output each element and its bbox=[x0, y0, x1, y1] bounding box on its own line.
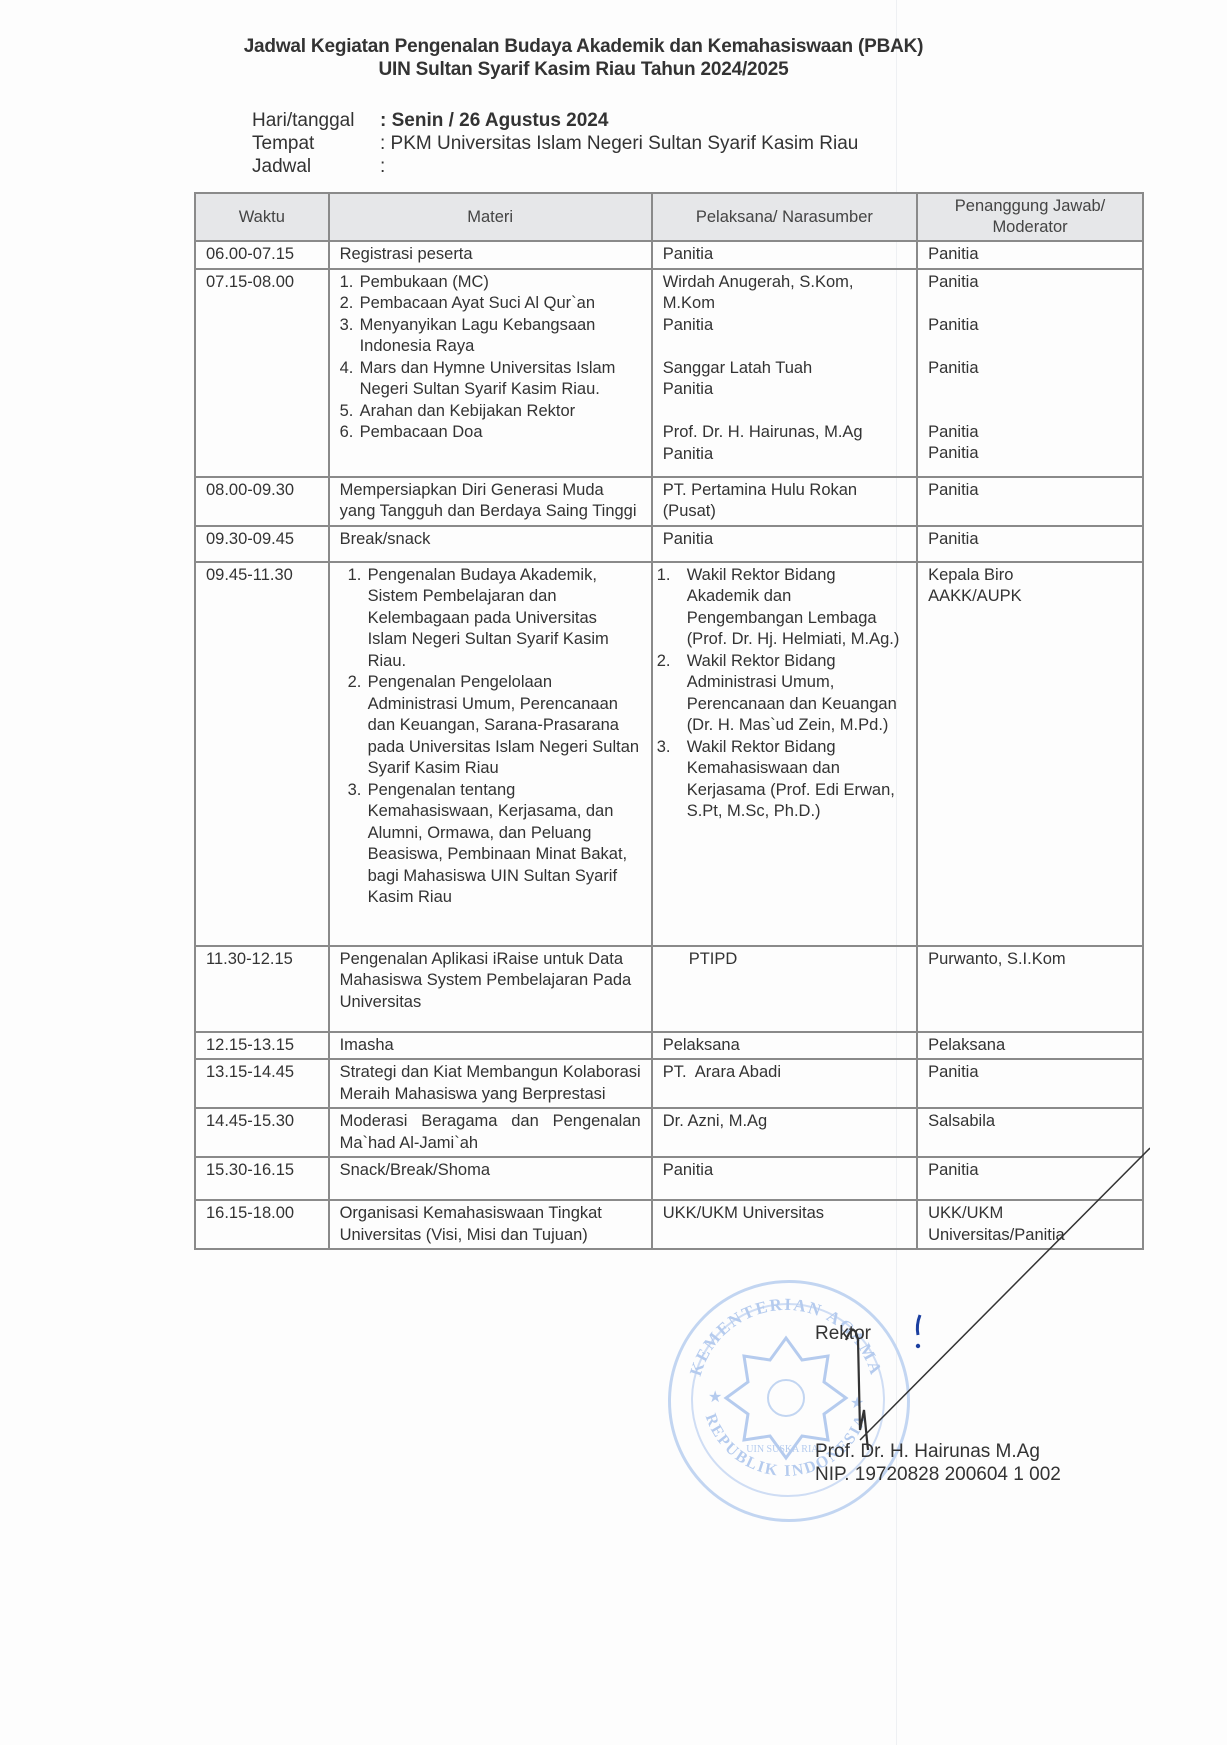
list-item: 3.Pengenalan tentang Kemahasiswaan, Kerj… bbox=[348, 780, 641, 909]
header-materi: Materi bbox=[329, 193, 652, 241]
document-title: Jadwal Kegiatan Pengenalan Budaya Akadem… bbox=[0, 36, 1197, 58]
cell-materi: 1.Pembukaan (MC) 2.Pembacaan Ayat Suci A… bbox=[329, 269, 652, 477]
opening-pj-6: Panitia bbox=[928, 443, 1132, 465]
header-waktu: Waktu bbox=[195, 193, 329, 241]
item-text: Pengenalan tentang Kemahasiswaan, Kerjas… bbox=[368, 780, 641, 909]
item-number: 2. bbox=[348, 672, 368, 780]
meta-place-value: : PKM Universitas Islam Negeri Sultan Sy… bbox=[380, 133, 858, 154]
item-number: 2. bbox=[657, 651, 687, 737]
item-number: 1. bbox=[348, 565, 368, 673]
cell-materi: Strategi dan Kiat Membangun Kolaborasi M… bbox=[329, 1059, 652, 1108]
signatory-nip: NIP. 19720828 200604 1 002 bbox=[815, 1464, 1061, 1486]
table-row: 13.15-14.45 Strategi dan Kiat Membangun … bbox=[195, 1059, 1143, 1108]
item-text: Menyanyikan Lagu Kebangsaan Indonesia Ra… bbox=[360, 315, 641, 358]
table-header-row: Waktu Materi Pelaksana/ Narasumber Penan… bbox=[195, 193, 1143, 241]
meta-date-label: Hari/tanggal bbox=[252, 110, 380, 132]
cell-pelaksana: Pelaksana bbox=[652, 1032, 917, 1060]
list-item: 1.Pembukaan (MC) bbox=[340, 272, 641, 294]
opening-pelaksana-4: Sanggar Latah Tuah bbox=[663, 358, 906, 380]
meta-schedule: Jadwal: bbox=[252, 156, 385, 178]
opening-pj-5: Panitia bbox=[928, 422, 1132, 444]
schedule-table: Waktu Materi Pelaksana/ Narasumber Penan… bbox=[194, 192, 1144, 1250]
list-item: 3.Wakil Rektor Bidang Kemahasiswaan dan … bbox=[657, 737, 906, 823]
opening-pj-3: Panitia bbox=[928, 315, 1132, 358]
cell-pelaksana: Panitia bbox=[652, 241, 917, 269]
list-item: 3.Menyanyikan Lagu Kebangsaan Indonesia … bbox=[340, 315, 641, 358]
meta-place: Tempat: PKM Universitas Islam Negeri Sul… bbox=[252, 133, 858, 155]
cell-pj: Panitia bbox=[917, 526, 1143, 562]
item-number: 1. bbox=[657, 565, 687, 651]
meta-place-label: Tempat bbox=[252, 133, 380, 155]
cell-waktu: 07.15-08.00 bbox=[195, 269, 329, 477]
table-row: 09.30-09.45 Break/snack Panitia Panitia bbox=[195, 526, 1143, 562]
cell-materi: 1.Pengenalan Budaya Akademik, Sistem Pem… bbox=[329, 562, 652, 946]
meta-schedule-value: : bbox=[380, 156, 385, 177]
cell-pj: Panitia Panitia Panitia Panitia Panitia bbox=[917, 269, 1143, 477]
cell-waktu: 11.30-12.15 bbox=[195, 946, 329, 1032]
item-number: 5. bbox=[340, 401, 360, 423]
cell-waktu: 15.30-16.15 bbox=[195, 1157, 329, 1200]
list-item: 2.Pengenalan Pengelolaan Administrasi Um… bbox=[348, 672, 641, 780]
cell-materi: Organisasi Kemahasiswaan Tingkat Univers… bbox=[329, 1200, 652, 1249]
item-number: 3. bbox=[348, 780, 368, 909]
cell-pelaksana: 1.Wakil Rektor Bidang Akademik dan Penge… bbox=[652, 562, 917, 946]
cell-pelaksana: PT. Arara Abadi bbox=[652, 1059, 917, 1108]
cell-waktu: 13.15-14.45 bbox=[195, 1059, 329, 1108]
item-text: Pembukaan (MC) bbox=[360, 272, 641, 294]
cell-pj: Purwanto, S.I.Kom bbox=[917, 946, 1143, 1032]
list-item: 2.Wakil Rektor Bidang Administrasi Umum,… bbox=[657, 651, 906, 737]
cell-waktu: 14.45-15.30 bbox=[195, 1108, 329, 1157]
table-row: 09.45-11.30 1.Pengenalan Budaya Akademik… bbox=[195, 562, 1143, 946]
cell-pj: Panitia bbox=[917, 241, 1143, 269]
header-penanggung-jawab: Penanggung Jawab/ Moderator bbox=[917, 193, 1143, 241]
cell-pelaksana: PTIPD bbox=[652, 946, 917, 1032]
item-text: Wakil Rektor Bidang Administrasi Umum, P… bbox=[687, 651, 906, 737]
document-subtitle: UIN Sultan Syarif Kasim Riau Tahun 2024/… bbox=[0, 59, 1197, 81]
item-text: Mars dan Hymne Universitas Islam Negeri … bbox=[360, 358, 641, 401]
item-text: Arahan dan Kebijakan Rektor bbox=[360, 401, 641, 423]
item-text: Wakil Rektor Bidang Kemahasiswaan dan Ke… bbox=[687, 737, 906, 823]
list-item: 1.Wakil Rektor Bidang Akademik dan Penge… bbox=[657, 565, 906, 651]
intro-pelaksana-list: 1.Wakil Rektor Bidang Akademik dan Penge… bbox=[657, 565, 906, 823]
cell-materi: Break/snack bbox=[329, 526, 652, 562]
cell-waktu: 09.30-09.45 bbox=[195, 526, 329, 562]
cell-pelaksana: Panitia bbox=[652, 526, 917, 562]
item-text: Pengenalan Budaya Akademik, Sistem Pembe… bbox=[368, 565, 641, 673]
opening-pelaksana-1: Wirdah Anugerah, S.Kom, M.Kom bbox=[663, 272, 906, 315]
cell-materi: Moderasi Beragama dan Pengenalan Ma`had … bbox=[329, 1108, 652, 1157]
item-number: 3. bbox=[340, 315, 360, 358]
list-item: 5.Arahan dan Kebijakan Rektor bbox=[340, 401, 641, 423]
opening-pelaksana-4b: Panitia bbox=[663, 379, 906, 422]
item-text: Pengenalan Pengelolaan Administrasi Umum… bbox=[368, 672, 641, 780]
cell-waktu: 09.45-11.30 bbox=[195, 562, 329, 946]
cell-waktu: 06.00-07.15 bbox=[195, 241, 329, 269]
cell-materi: Mempersiapkan Diri Generasi Muda yang Ta… bbox=[329, 477, 652, 526]
item-text: Wakil Rektor Bidang Akademik dan Pengemb… bbox=[687, 565, 906, 651]
list-item: 1.Pengenalan Budaya Akademik, Sistem Pem… bbox=[348, 565, 641, 673]
meta-date-value: : Senin / 26 Agustus 2024 bbox=[380, 110, 608, 131]
opening-pj-1: Panitia bbox=[928, 272, 1132, 315]
table-row: 12.15-13.15 Imasha Pelaksana Pelaksana bbox=[195, 1032, 1143, 1060]
table-row: 08.00-09.30 Mempersiapkan Diri Generasi … bbox=[195, 477, 1143, 526]
list-item: 6.Pembacaan Doa bbox=[340, 422, 641, 444]
cell-materi: Pengenalan Aplikasi iRaise untuk Data Ma… bbox=[329, 946, 652, 1032]
intro-materi-list: 1.Pengenalan Budaya Akademik, Sistem Pem… bbox=[340, 565, 641, 909]
opening-pelaksana-6: Panitia bbox=[663, 444, 906, 466]
cell-pelaksana: PT. Pertamina Hulu Rokan (Pusat) bbox=[652, 477, 917, 526]
opening-materi-list: 1.Pembukaan (MC) 2.Pembacaan Ayat Suci A… bbox=[340, 272, 641, 444]
item-number: 6. bbox=[340, 422, 360, 444]
cell-pj: Kepala Biro AAKK/AUPK bbox=[917, 562, 1143, 946]
cell-waktu: 12.15-13.15 bbox=[195, 1032, 329, 1060]
cell-materi: Snack/Break/Shoma bbox=[329, 1157, 652, 1200]
item-number: 3. bbox=[657, 737, 687, 823]
table-row: 06.00-07.15 Registrasi peserta Panitia P… bbox=[195, 241, 1143, 269]
item-number: 1. bbox=[340, 272, 360, 294]
cell-materi: Imasha bbox=[329, 1032, 652, 1060]
cell-pj: Pelaksana bbox=[917, 1032, 1143, 1060]
table-row: 11.30-12.15 Pengenalan Aplikasi iRaise u… bbox=[195, 946, 1143, 1032]
item-text: Pembacaan Doa bbox=[360, 422, 641, 444]
opening-pelaksana-3: Panitia bbox=[663, 315, 906, 358]
item-number: 2. bbox=[340, 293, 360, 315]
cell-pelaksana: Wirdah Anugerah, S.Kom, M.Kom Panitia Sa… bbox=[652, 269, 917, 477]
cell-waktu: 16.15-18.00 bbox=[195, 1200, 329, 1249]
header-pelaksana: Pelaksana/ Narasumber bbox=[652, 193, 917, 241]
item-text: Pembacaan Ayat Suci Al Qur`an bbox=[360, 293, 641, 315]
list-item: 4.Mars dan Hymne Universitas Islam Neger… bbox=[340, 358, 641, 401]
svg-text:★: ★ bbox=[708, 1389, 722, 1406]
opening-pj-4: Panitia bbox=[928, 358, 1132, 422]
meta-schedule-label: Jadwal bbox=[252, 156, 380, 178]
cell-pj: Panitia bbox=[917, 477, 1143, 526]
cell-pj: Panitia bbox=[917, 1059, 1143, 1108]
signatory-name: Prof. Dr. H. Hairunas M.Ag bbox=[815, 1441, 1040, 1463]
meta-date: Hari/tanggal: Senin / 26 Agustus 2024 bbox=[252, 110, 608, 132]
item-number: 4. bbox=[340, 358, 360, 401]
opening-pelaksana-5: Prof. Dr. H. Hairunas, M.Ag bbox=[663, 422, 906, 444]
cell-materi: Registrasi peserta bbox=[329, 241, 652, 269]
table-row: 07.15-08.00 1.Pembukaan (MC) 2.Pembacaan… bbox=[195, 269, 1143, 477]
list-item: 2.Pembacaan Ayat Suci Al Qur`an bbox=[340, 293, 641, 315]
cell-waktu: 08.00-09.30 bbox=[195, 477, 329, 526]
signature-stroke-icon bbox=[830, 1140, 1150, 1470]
